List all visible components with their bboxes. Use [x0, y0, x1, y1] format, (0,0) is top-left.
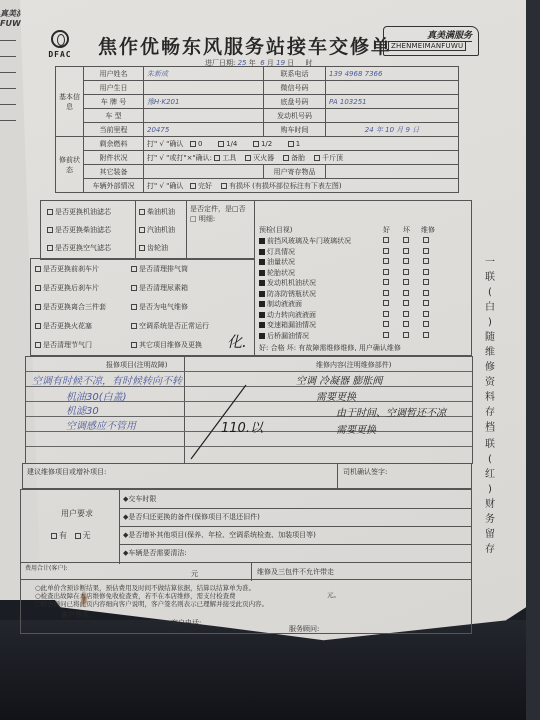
customer-name-field[interactable]: 朱新成 [144, 67, 264, 81]
requirement-no-checkbox[interactable] [75, 533, 81, 539]
fault-line-2[interactable]: 机油30(白盖) [66, 388, 127, 403]
bullet-square-icon [259, 280, 265, 286]
copy2-label: 二联(红)财务留存 [484, 422, 496, 557]
additional-items[interactable]: 是否增补其他项目(保养、年检、空调系统检查、加装项目等) [128, 531, 315, 539]
bullet-square-icon [259, 238, 265, 244]
precheck-repair-checkbox[interactable] [423, 237, 429, 243]
vehicle-model-field[interactable] [144, 109, 264, 123]
fuel-0-checkbox[interactable] [190, 141, 196, 147]
copy1-label: 一联(白)随维修资料存档 [484, 255, 496, 435]
fuel-quarter-checkbox[interactable] [218, 141, 224, 147]
suggest-section: 建议维修项目或增补项目: 司机确认签字: [22, 463, 472, 489]
bullet-square-icon [259, 322, 265, 328]
bullet-square-icon [259, 249, 265, 255]
gear-oil-checkbox[interactable] [139, 245, 145, 251]
precheck-repair-checkbox[interactable] [423, 258, 429, 264]
electrical-repair-checkbox[interactable] [131, 304, 137, 310]
content-line-1[interactable]: 空调 冷凝器 膨胀阀 [296, 372, 382, 387]
wechat-field[interactable] [326, 81, 459, 95]
stored-items-field[interactable] [326, 165, 459, 179]
fee-unit: 元 [191, 569, 198, 579]
precheck-item: 后桥漏油情况 [259, 331, 309, 341]
fuel-full-checkbox[interactable] [288, 141, 294, 147]
fault-line-3[interactable]: 机滤30 [66, 402, 99, 417]
precheck-repair-checkbox[interactable] [423, 248, 429, 254]
precheck-good-checkbox[interactable] [383, 321, 389, 327]
service-advisor-field[interactable]: 服务顾问: [289, 624, 319, 634]
suggest-label: 建议维修项目或增补项目: [27, 467, 106, 477]
bullet-square-icon [259, 312, 265, 318]
bullet-square-icon [259, 270, 265, 276]
plate-number-field[interactable]: 豫H·K201 [144, 95, 264, 109]
paper-stain [80, 590, 88, 608]
content-line-2[interactable]: 需要更换 [316, 388, 356, 403]
fee-section: 费用合计(客户): 元 维修及三包件不允许带走 [20, 562, 472, 580]
spark-plug-checkbox[interactable] [35, 323, 41, 329]
requirement-yes-checkbox[interactable] [51, 533, 57, 539]
section-pre-repair: 修前状态 [56, 137, 84, 193]
precheck-item: 油量状况 [259, 257, 295, 267]
filter-oil-section: 是否更换机油滤芯 是否更换柴油滤芯 是否更换空气滤芯 柴油机油 汽油机油 齿轮油… [40, 200, 255, 260]
handwritten-mark: 化. [227, 331, 247, 352]
content-line-4[interactable]: 需要更换 [336, 421, 376, 436]
urea-tank-checkbox[interactable] [131, 285, 137, 291]
bullet-square-icon [259, 333, 265, 339]
jack-checkbox[interactable] [314, 155, 320, 161]
dfac-logo: DFAC [44, 30, 76, 59]
fuel-half-checkbox[interactable] [253, 141, 259, 147]
precheck-bad-checkbox[interactable] [403, 321, 409, 327]
air-filter-checkbox[interactable] [47, 245, 53, 251]
fault-header: 报修项目(注明故障) [106, 360, 167, 370]
bullet-square-icon [259, 259, 265, 265]
other-equipment-field[interactable] [144, 165, 264, 179]
service-checklist-section: 是否更换前刹车片 是否更换后刹车片 是否更换离合三件套 是否更换火花塞 是否清理… [30, 258, 255, 356]
mileage-field[interactable]: 20475 [144, 123, 264, 137]
diesel-filter-checkbox[interactable] [47, 227, 53, 233]
precheck-good-checkbox[interactable] [383, 269, 389, 275]
purchase-date-field[interactable]: 24 年 10 月 9 日 [326, 123, 459, 137]
rear-brake-checkbox[interactable] [35, 285, 41, 291]
fault-line-4[interactable]: 空调感应不管用 [66, 417, 136, 432]
precheck-item: 灯具情况 [259, 247, 295, 257]
precheck-good-checkbox[interactable] [383, 290, 389, 296]
precheck-bad-checkbox[interactable] [403, 311, 409, 317]
precheck-item: 防冻防锈瓶状况 [259, 289, 316, 299]
bullet-square-icon [259, 301, 265, 307]
fault-line-1[interactable]: 空调有时候不凉，有时候转向不转 [32, 372, 182, 387]
diesel-oil-checkbox[interactable] [139, 209, 145, 215]
exterior-options: 打" √ "确认 完好 有损坏 (有损坏部位标注有下表左图) [144, 179, 459, 193]
return-parts[interactable]: 是否归还更换的备件(保修项目不退还旧件) [128, 513, 259, 521]
customer-phone-field[interactable]: 客户电话: [171, 618, 201, 628]
precheck-repair-checkbox[interactable] [423, 269, 429, 275]
precheck-item: 制动液液面 [259, 299, 302, 309]
precheck-repair-checkbox[interactable] [423, 311, 429, 317]
customer-signature-field[interactable]: 客户签名: [61, 610, 91, 620]
precheck-bad-checkbox[interactable] [403, 237, 409, 243]
background-surface [0, 620, 540, 720]
precheck-repair-checkbox[interactable] [423, 321, 429, 327]
precheck-legend: 好: 合格 坏: 有故障需维修维修, 用户确认维修 [259, 343, 401, 353]
precheck-repair-checkbox[interactable] [423, 290, 429, 296]
chassis-number-field[interactable]: PA 103251 [326, 95, 459, 109]
exterior-damaged-checkbox[interactable] [221, 183, 227, 189]
fixed-parts-field[interactable]: 是否定件，是□否□ 明细: [190, 204, 252, 224]
driver-sign-label: 司机确认签字: [343, 467, 387, 477]
precheck-repair-checkbox[interactable] [423, 279, 429, 285]
ac-system-checkbox[interactable] [131, 323, 137, 329]
service-brand-logo: 真美满服务 ZHENMEIMANFUWU [383, 26, 479, 56]
repair-items-section: 报修项目(注明故障) 维修内容(注明维修部件) 空调有时候不凉，有时候转向不转 … [25, 356, 473, 464]
precheck-good-checkbox[interactable] [383, 311, 389, 317]
other-items-checkbox[interactable] [131, 342, 137, 348]
accessory-options: 打" √ "或打"×"确认: 工具 灭火器 备胎 千斤顶 [144, 151, 459, 165]
precheck-repair-checkbox[interactable] [423, 300, 429, 306]
bullet-square-icon [259, 291, 265, 297]
dongfeng-emblem-icon [51, 30, 69, 48]
exhaust-clean-checkbox[interactable] [131, 266, 137, 272]
precheck-item: 发动机机油状况 [259, 278, 316, 288]
precheck-good-checkbox[interactable] [383, 300, 389, 306]
precheck-good-checkbox[interactable] [383, 248, 389, 254]
precheck-bad-checkbox[interactable] [403, 269, 409, 275]
exterior-good-checkbox[interactable] [190, 183, 196, 189]
throttle-clean-checkbox[interactable] [35, 342, 41, 348]
precheck-item: 前挡风玻璃及车门玻璃状况 [259, 236, 351, 246]
section-basic-info: 基本信息 [56, 67, 84, 137]
basic-info-table: 基本信息 用户姓名 朱新成 联系电话 139 4968 7366 用户生日 微信… [55, 66, 459, 193]
tools-checkbox[interactable] [214, 155, 220, 161]
vehicle-cleaning[interactable]: 车辆是否需要清洁: [128, 549, 186, 557]
no-take-away-note: 维修及三包件不允许带走 [257, 567, 334, 577]
precheck-good-checkbox[interactable] [383, 258, 389, 264]
precheck-bad-checkbox[interactable] [403, 332, 409, 338]
content-line-3[interactable]: 由于时间、空调暂还不凉 [336, 404, 446, 419]
delivery-deadline[interactable]: 交车时限 [128, 495, 156, 503]
precheck-repair-checkbox[interactable] [423, 332, 429, 338]
birthday-field[interactable] [144, 81, 264, 95]
precheck-bad-checkbox[interactable] [403, 258, 409, 264]
fuel-options: 打" √ "确认 0 1/4 1/2 1 [144, 137, 459, 151]
oil-filter-checkbox[interactable] [47, 209, 53, 215]
extinguisher-checkbox[interactable] [245, 155, 251, 161]
front-brake-checkbox[interactable] [35, 266, 41, 272]
visual-precheck-section: 预检(目视) 好 坏 维修 前挡风玻璃及车门玻璃状况灯具情况油量状况轮胎状况发动… [254, 200, 472, 356]
precheck-good-checkbox[interactable] [383, 332, 389, 338]
user-requirements-section: 用户要求 有 无 ◆交车时限 ◆是否归还更换的备件(保修项目不退还旧件) ◆是否… [20, 489, 472, 563]
clutch-kit-checkbox[interactable] [35, 304, 41, 310]
precheck-bad-checkbox[interactable] [403, 300, 409, 306]
engine-number-field[interactable] [326, 109, 459, 123]
phone-field[interactable]: 139 4968 7366 [326, 67, 459, 81]
strike-line-icon [186, 381, 256, 461]
precheck-item: 轮胎状况 [259, 268, 295, 278]
precheck-item: 变速箱漏油情况 [259, 320, 316, 330]
precheck-bad-checkbox[interactable] [403, 279, 409, 285]
precheck-good-checkbox[interactable] [383, 237, 389, 243]
precheck-bad-checkbox[interactable] [403, 290, 409, 296]
precheck-good-checkbox[interactable] [383, 279, 389, 285]
precheck-bad-checkbox[interactable] [403, 248, 409, 254]
background-edge [526, 0, 540, 720]
gasoline-oil-checkbox[interactable] [139, 227, 145, 233]
precheck-item: 动力转向液液面 [259, 310, 316, 320]
form-title: 焦作优畅东风服务站接车交修单 [98, 32, 392, 59]
content-header: 维修内容(注明维修部件) [316, 360, 391, 370]
spare-tire-checkbox[interactable] [283, 155, 289, 161]
